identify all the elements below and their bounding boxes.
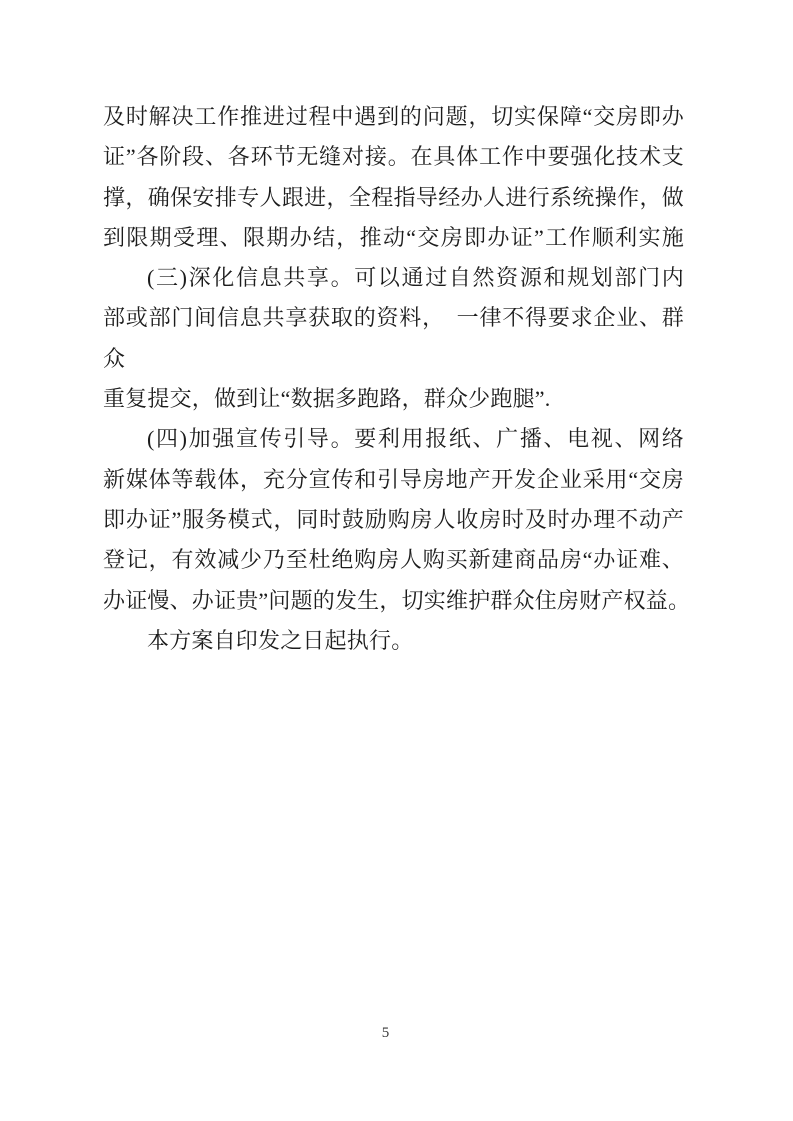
paragraph-item-4: (四)加强宣传引导。要利用报纸、广播、电视、网络 新媒体等载体，充分宣传和引导房… [103, 419, 684, 620]
text-line: 证”各阶段、各环节无缝对接。在具体工作中要强化技术支 [103, 137, 684, 177]
text-line: 撑，确保安排专人跟进，全程指导经办人进行系统操作，做 [103, 178, 684, 218]
text-line: 重复提交，做到让“数据多跑路，群众少跑腿”. [103, 379, 684, 419]
text-line: 到限期受理、限期办结，推动“交房即办证”工作顺利实施 [103, 218, 684, 258]
document-page: 及时解决工作推进过程中遇到的问题，切实保障“交房即办 证”各阶段、各环节无缝对接… [0, 0, 793, 1121]
text-line: 办证慢、办证贵”问题的发生，切实维护群众住房财产权益。 [103, 581, 684, 621]
text-line: 部或部门间信息共享获取的资料， 一律不得要求企业、群众 [103, 298, 684, 379]
text-line: (三)深化信息共享。可以通过自然资源和规划部门内 [103, 258, 684, 298]
page-number: 5 [0, 1023, 782, 1043]
document-body: 及时解决工作推进过程中遇到的问题，切实保障“交房即办 证”各阶段、各环节无缝对接… [103, 97, 684, 661]
text-line: (四)加强宣传引导。要利用报纸、广播、电视、网络 [103, 419, 684, 459]
paragraph-closing: 本方案自印发之日起执行。 [103, 621, 684, 661]
paragraph-item-3: (三)深化信息共享。可以通过自然资源和规划部门内 部或部门间信息共享获取的资料，… [103, 258, 684, 419]
text-line: 登记，有效减少乃至杜绝购房人购买新建商品房“办证难、 [103, 540, 684, 580]
paragraph-continuation: 及时解决工作推进过程中遇到的问题，切实保障“交房即办 证”各阶段、各环节无缝对接… [103, 97, 684, 258]
text-line: 新媒体等载体，充分宣传和引导房地产开发企业采用“交房 [103, 460, 684, 500]
text-line: 即办证”服务模式，同时鼓励购房人收房时及时办理不动产 [103, 500, 684, 540]
text-line: 本方案自印发之日起执行。 [103, 621, 684, 661]
text-line: 及时解决工作推进过程中遇到的问题，切实保障“交房即办 [103, 97, 684, 137]
